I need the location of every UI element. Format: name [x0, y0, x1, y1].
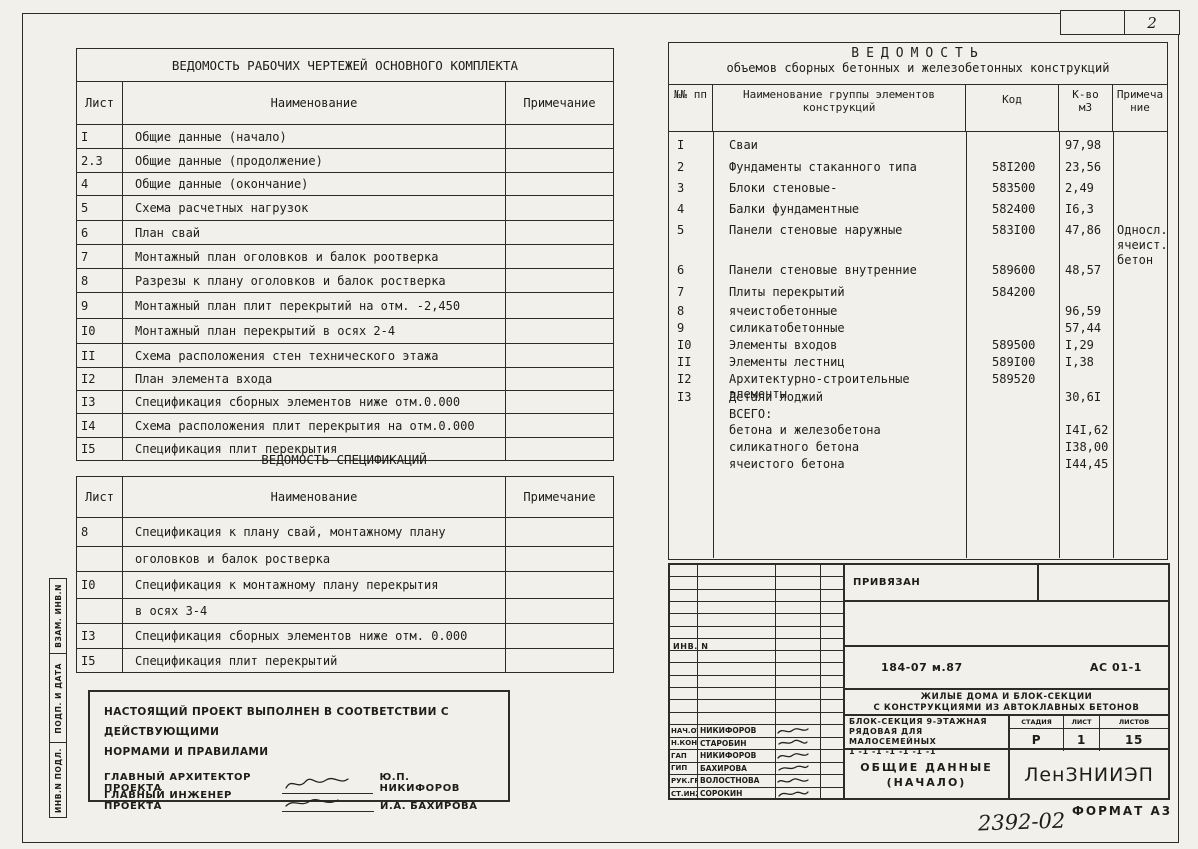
signature-row: Н.КОНТР.СТАРОБИН	[670, 738, 843, 751]
architect-name: Ю.П. НИКИФОРОВ	[379, 772, 494, 794]
element-code: 58I200	[966, 160, 1059, 175]
row-num: 6	[669, 263, 713, 278]
element-code: 589I00	[966, 355, 1059, 370]
table-row: 9Монтажный план плит перекрытий на отм. …	[77, 292, 613, 318]
spec-name: Спецификация к монтажному плану перекрыт…	[123, 572, 506, 598]
column-divider	[1113, 132, 1114, 558]
element-name: Панели стеновые наружные	[713, 223, 966, 238]
table-row: I3Спецификация сборных элементов ниже от…	[77, 390, 613, 413]
sheet-number: I3	[77, 624, 123, 648]
sheet-number: 6	[77, 221, 123, 244]
sheet-value: 1	[1064, 729, 1100, 751]
doc-code: 184-07 м.87	[845, 661, 963, 674]
sig-name: НИКИФОРОВ	[698, 750, 776, 762]
col-header-name: Наименование группы элементов конструкци…	[713, 85, 966, 131]
sig-role: ГАП	[670, 750, 698, 762]
signature-icon	[776, 788, 821, 801]
engineer-name: И.А. БАХИРОВА	[380, 801, 478, 812]
sheet-title-row: ОБЩИЕ ДАННЫЕ (НАЧАЛО) ЛенЗНИИЭП	[845, 750, 1168, 800]
col-header-name: Наименование	[123, 477, 506, 517]
sheet-number: I0	[77, 572, 123, 598]
engineer-signature-underline	[282, 795, 374, 812]
table-row: 5Панели стеновые наружные583I0047,86Одно…	[669, 223, 1167, 263]
note-cell	[506, 547, 613, 571]
column-divider	[966, 132, 967, 558]
drawings-register-header: Лист Наименование Примечание	[77, 81, 613, 124]
drawing-name: Монтажный план перекрытий в осях 2-4	[123, 319, 506, 343]
title-block-revision-grid: ИНВ. N НАЧ.ОТД.НИКИФОРОВ Н.КОНТР.СТАРОБИ…	[670, 565, 845, 798]
col-header-qty: К-во м3	[1059, 85, 1113, 131]
title-block-main: ПРИВЯЗАН 184-07 м.87 АС 01-1 ЖИЛЫЕ ДОМА …	[845, 565, 1168, 798]
drawing-name: Схема расположения стен технического эта…	[123, 344, 506, 367]
side-strip-label: ПОДП. И ДАТА	[54, 663, 63, 734]
note-cell	[506, 196, 613, 220]
engineer-signature-row: ГЛАВНЫЙ ИНЖЕНЕР ПРОЕКТА И.А. БАХИРОВА	[104, 794, 494, 812]
signature-row: РУК.ГР.ВОЛОСТНОВА	[670, 775, 843, 788]
row-num: I	[669, 138, 713, 153]
page-number: 2	[1147, 14, 1157, 32]
stage-header-sheets: ЛИСТОВ	[1100, 716, 1168, 728]
note-cell	[506, 344, 613, 367]
note-cell	[506, 649, 613, 672]
page-number-box-empty	[1060, 10, 1126, 35]
col-header-code: Код	[966, 85, 1059, 131]
spec-name: Спецификация плит перекрытий	[123, 649, 506, 672]
element-code: 589520	[966, 372, 1059, 387]
sheet-number: 8	[77, 518, 123, 546]
spec-name: оголовков и балок ростверка	[123, 547, 506, 571]
signature-row: ГИПБАХИРОВА	[670, 763, 843, 776]
spec-name: Спецификация сборных элементов ниже отм.…	[123, 624, 506, 648]
col-header-num: №№ пп	[669, 85, 713, 131]
total-qty: I4I,62	[1059, 423, 1113, 438]
table-row: IСваи97,98	[669, 138, 1167, 160]
row-num: I0	[669, 338, 713, 353]
doc-code-row: 184-07 м.87 АС 01-1	[845, 647, 1168, 690]
side-strip: ВЗАМ. ИНВ.N ПОДП. И ДАТА ИНВ.N ПОДЛ.	[49, 578, 67, 818]
col-header-sheet: Лист	[77, 82, 123, 124]
sheet-number	[77, 599, 123, 623]
volumes-register-header: №№ пп Наименование группы элементов конс…	[669, 84, 1167, 132]
row-num: I2	[669, 372, 713, 387]
table-row: ячеистого бетонаI44,45	[669, 457, 1167, 474]
row-num: 9	[669, 321, 713, 336]
drawing-name: Разрезы к плану оголовков и балок ростве…	[123, 269, 506, 292]
sig-role: НАЧ.ОТД.	[670, 725, 698, 737]
drawing-name: Монтажный план оголовков и балок роотвер…	[123, 245, 506, 268]
sheet-number: I2	[77, 368, 123, 390]
object-line2: РЯДОВАЯ ДЛЯ МАЛОСЕМЕЙНЫХ	[849, 727, 1008, 747]
table-row: 4Балки фундаментные582400I6,3	[669, 202, 1167, 223]
empty-band	[845, 602, 1168, 647]
element-name: Элементы лестниц	[713, 355, 966, 370]
row-num: 5	[669, 223, 713, 238]
sheet-title-line2: (НАЧАЛО)	[887, 775, 967, 790]
sig-name: СТАРОБИН	[698, 738, 776, 750]
table-row: силикатного бетонаI38,00	[669, 440, 1167, 457]
note-cell	[506, 319, 613, 343]
table-row: 3Блоки стеновые-5835002,49	[669, 181, 1167, 202]
element-note: Односл. ячеист. бетон	[1113, 223, 1170, 268]
table-row: I3Детали лоджий30,6I	[669, 390, 1167, 407]
element-qty: I,29	[1059, 338, 1113, 353]
signature-row: ГАПНИКИФОРОВ	[670, 750, 843, 763]
element-name: Балки фундаментные	[713, 202, 966, 217]
sheet-title-line1: ОБЩИЕ ДАННЫЕ	[860, 760, 993, 775]
table-row: бетона и железобетонаI4I,62	[669, 423, 1167, 440]
note-cell	[506, 391, 613, 413]
element-qty: 30,6I	[1059, 390, 1113, 405]
title-block-signature-rows: НАЧ.ОТД.НИКИФОРОВ Н.КОНТР.СТАРОБИН ГАПНИ…	[670, 725, 843, 800]
table-row: I4Схема расположения плит перекрытия на …	[77, 413, 613, 437]
drawing-name: План свай	[123, 221, 506, 244]
engineer-role: ГЛАВНЫЙ ИНЖЕНЕР ПРОЕКТА	[104, 790, 276, 812]
table-row: 4Общие данные (окончание)	[77, 172, 613, 195]
volumes-title-line2: объемов сборных бетонных и железобетонны…	[669, 61, 1167, 75]
table-row: 7Монтажный план оголовков и балок роотве…	[77, 244, 613, 268]
compliance-line1: НАСТОЯЩИЙ ПРОЕКТ ВЫПОЛНЕН В СООТВЕТСТВИИ…	[104, 702, 494, 742]
col-header-note: Примечание	[506, 82, 613, 124]
organization-cell: ЛенЗНИИЭП	[1010, 750, 1168, 800]
drawing-name: Спецификация сборных элементов ниже отм.…	[123, 391, 506, 413]
sig-role: СТ.ИНЖ.	[670, 788, 698, 801]
table-row: 7Плиты перекрытий584200	[669, 285, 1167, 304]
sheet-number: I5	[77, 649, 123, 672]
element-name: Элементы входов	[713, 338, 966, 353]
spec-name: в осях 3-4	[123, 599, 506, 623]
row-num: II	[669, 355, 713, 370]
signature-icon	[776, 725, 821, 737]
spec-register-table: Лист Наименование Примечание 8Спецификац…	[76, 476, 614, 673]
table-row: IОбщие данные (начало)	[77, 124, 613, 148]
side-strip-cell: ИНВ.N ПОДЛ.	[49, 742, 67, 818]
table-row: I0Монтажный план перекрытий в осях 2-4	[77, 318, 613, 343]
privyazan-empty-cell	[1039, 565, 1168, 600]
drawing-name: План элемента входа	[123, 368, 506, 390]
sig-role: РУК.ГР.	[670, 775, 698, 787]
note-cell	[506, 245, 613, 268]
compliance-line2: НОРМАМИ И ПРАВИЛАМИ	[104, 742, 494, 762]
element-name: Фундаменты стаканного типа	[713, 160, 966, 175]
element-code: 584200	[966, 285, 1059, 300]
sheet-number: 8	[77, 269, 123, 292]
object-name-cell: БЛОК-СЕКЦИЯ 9-ЭТАЖНАЯ РЯДОВАЯ ДЛЯ МАЛОСЕ…	[845, 716, 1010, 748]
drawing-name: Схема расчетных нагрузок	[123, 196, 506, 220]
table-row: I0Спецификация к монтажному плану перекр…	[77, 571, 613, 598]
table-row: 8ячеистобетонные96,59	[669, 304, 1167, 321]
sig-name: БАХИРОВА	[698, 763, 776, 775]
row-num: 2	[669, 160, 713, 175]
element-name: силикатобетонные	[713, 321, 966, 336]
element-name: Сваи	[713, 138, 966, 153]
compliance-note-box: НАСТОЯЩИЙ ПРОЕКТ ВЫПОЛНЕН В СООТВЕТСТВИИ…	[88, 690, 510, 802]
project-name-row: ЖИЛЫЕ ДОМА И БЛОК-СЕКЦИИ С КОНСТРУКЦИЯМИ…	[845, 690, 1168, 716]
table-row: 8Спецификация к плану свай, монтажному п…	[77, 517, 613, 546]
signature-icon	[776, 750, 821, 762]
object-stage-row: БЛОК-СЕКЦИЯ 9-ЭТАЖНАЯ РЯДОВАЯ ДЛЯ МАЛОСЕ…	[845, 716, 1168, 750]
spec-register-title: ВЕДОМОСТЬ СПЕЦИФИКАЦИЙ	[76, 452, 612, 467]
title-block: ИНВ. N НАЧ.ОТД.НИКИФОРОВ Н.КОНТР.СТАРОБИ…	[668, 563, 1170, 800]
table-row: IIСхема расположения стен технического э…	[77, 343, 613, 367]
row-num: 4	[669, 202, 713, 217]
table-row: I5Спецификация плит перекрытий	[77, 648, 613, 672]
signature-icon	[776, 738, 821, 750]
element-code: 589500	[966, 338, 1059, 353]
row-num: 3	[669, 181, 713, 196]
signature-row: СТ.ИНЖ.СОРОКИН	[670, 788, 843, 801]
signature-icon	[282, 795, 342, 811]
col-header-note: Примечание	[506, 477, 613, 517]
note-cell	[506, 269, 613, 292]
scanned-drawing-sheet: 2 ВЗАМ. ИНВ.N ПОДП. И ДАТА ИНВ.N ПОДЛ. В…	[0, 0, 1198, 849]
element-code: 583500	[966, 181, 1059, 196]
object-line1: БЛОК-СЕКЦИЯ 9-ЭТАЖНАЯ	[849, 717, 1008, 727]
total-qty: I44,45	[1059, 457, 1113, 472]
drawing-name: Общие данные (окончание)	[123, 173, 506, 195]
sig-role: Н.КОНТР.	[670, 738, 698, 750]
organization-name: ЛенЗНИИЭП	[1024, 764, 1154, 786]
sheet-title-cell: ОБЩИЕ ДАННЫЕ (НАЧАЛО)	[845, 750, 1010, 800]
element-code: 582400	[966, 202, 1059, 217]
col-header-name: Наименование	[123, 82, 506, 124]
sheet-number: I3	[77, 391, 123, 413]
note-cell	[506, 293, 613, 318]
sig-role: ГИП	[670, 763, 698, 775]
stage-block: СТАДИЯ ЛИСТ ЛИСТОВ Р 1 15	[1010, 716, 1168, 748]
table-row: 2.3Общие данные (продолжение)	[77, 148, 613, 172]
note-cell	[506, 149, 613, 172]
table-row: в осях 3-4	[77, 598, 613, 623]
column-divider	[713, 132, 714, 558]
stage-header: СТАДИЯ ЛИСТ ЛИСТОВ	[1010, 716, 1168, 729]
element-name: Плиты перекрытий	[713, 285, 966, 300]
note-cell	[506, 572, 613, 598]
stage-values: Р 1 15	[1010, 729, 1168, 751]
col-header-sheet: Лист	[77, 477, 123, 517]
volumes-register-title: ВЕДОМОСТЬ объемов сборных бетонных и жел…	[669, 43, 1167, 84]
stage-header-stage: СТАДИЯ	[1010, 716, 1064, 728]
element-qty: 96,59	[1059, 304, 1113, 319]
sheet-code: АС 01-1	[1090, 661, 1168, 674]
row-num: 7	[669, 285, 713, 300]
project-line1: ЖИЛЫЕ ДОМА И БЛОК-СЕКЦИИ	[845, 690, 1168, 703]
sheet-number: 4	[77, 173, 123, 195]
note-cell	[506, 624, 613, 648]
note-cell	[506, 599, 613, 623]
privyazan-label: ПРИВЯЗАН	[853, 577, 920, 588]
page-number-box: 2	[1124, 10, 1180, 35]
sheet-number: I0	[77, 319, 123, 343]
stage-value: Р	[1010, 729, 1064, 751]
drawing-name: Общие данные (продолжение)	[123, 149, 506, 172]
table-row: 6План свай	[77, 220, 613, 244]
volumes-title-line1: ВЕДОМОСТЬ	[669, 46, 1167, 61]
drawing-name: Общие данные (начало)	[123, 125, 506, 148]
volumes-register-table: ВЕДОМОСТЬ объемов сборных бетонных и жел…	[668, 42, 1168, 560]
sheet-number: 2.3	[77, 149, 123, 172]
privyazan-cell: ПРИВЯЗАН	[845, 565, 1039, 600]
element-name: Детали лоджий	[713, 390, 966, 405]
table-row: IIЭлементы лестниц589I00I,38	[669, 355, 1167, 372]
spec-register-body: 8Спецификация к плану свай, монтажному п…	[77, 517, 613, 672]
table-row: 6Панели стеновые внутренние58960048,57	[669, 263, 1167, 285]
sheet-number: I	[77, 125, 123, 148]
sheet-number	[77, 547, 123, 571]
element-code: 583I00	[966, 223, 1059, 238]
column-divider	[1059, 132, 1060, 558]
element-qty: 2,49	[1059, 181, 1113, 196]
sig-name: СОРОКИН	[698, 788, 776, 801]
total-name: бетона и железобетона	[713, 423, 966, 438]
sheet-number: 7	[77, 245, 123, 268]
side-strip-cell: ВЗАМ. ИНВ.N	[49, 578, 67, 653]
drawings-register-body: IОбщие данные (начало) 2.3Общие данные (…	[77, 124, 613, 460]
sheet-number: 5	[77, 196, 123, 220]
format-label: ФОРМАТ А3	[1072, 804, 1172, 818]
drawings-register-table: ВЕДОМОСТЬ РАБОЧИХ ЧЕРТЕЖЕЙ ОСНОВНОГО КОМ…	[76, 48, 614, 461]
side-strip-label: ВЗАМ. ИНВ.N	[54, 584, 63, 648]
side-strip-label: ИНВ.N ПОДЛ.	[54, 748, 63, 813]
drawing-name: Монтажный план плит перекрытий на отм. -…	[123, 293, 506, 318]
element-name: ячеистобетонные	[713, 304, 966, 319]
sheet-number: II	[77, 344, 123, 367]
note-cell	[506, 414, 613, 437]
table-row: ВСЕГО:	[669, 407, 1167, 423]
privyazan-row: ПРИВЯЗАН	[845, 565, 1168, 602]
drawings-register-title: ВЕДОМОСТЬ РАБОЧИХ ЧЕРТЕЖЕЙ ОСНОВНОГО КОМ…	[77, 49, 613, 81]
table-row: I3Спецификация сборных элементов ниже от…	[77, 623, 613, 648]
table-row: 8Разрезы к плану оголовков и балок роств…	[77, 268, 613, 292]
signature-icon	[776, 763, 821, 775]
total-name: ячеистого бетона	[713, 457, 966, 472]
element-qty: 48,57	[1059, 263, 1113, 278]
table-row: 2Фундаменты стаканного типа58I20023,56	[669, 160, 1167, 181]
note-cell	[506, 368, 613, 390]
drawing-name: Схема расположения плит перекрытия на от…	[123, 414, 506, 437]
element-qty: 47,86	[1059, 223, 1113, 238]
element-name: Блоки стеновые-	[713, 181, 966, 196]
element-qty: 23,56	[1059, 160, 1113, 175]
sig-name: ВОЛОСТНОВА	[698, 775, 776, 787]
col-header-note: Примечание	[1113, 85, 1167, 131]
sheet-number: 9	[77, 293, 123, 318]
element-qty: I6,3	[1059, 202, 1113, 217]
table-row: I2Архитектурно-строительные элементы5895…	[669, 372, 1167, 390]
sheet-number: I4	[77, 414, 123, 437]
architect-signature-underline	[282, 777, 374, 794]
table-row: I0Элементы входов589500I,29	[669, 338, 1167, 355]
signature-row: НАЧ.ОТД.НИКИФОРОВ	[670, 725, 843, 738]
side-strip-cell: ПОДП. И ДАТА	[49, 653, 67, 743]
element-code: 589600	[966, 263, 1059, 278]
note-cell	[506, 173, 613, 195]
note-cell	[506, 125, 613, 148]
signature-icon	[282, 775, 352, 793]
row-num: 8	[669, 304, 713, 319]
element-name: Панели стеновые внутренние	[713, 263, 966, 278]
inv-number-label: ИНВ. N	[673, 642, 709, 651]
total-qty: I38,00	[1059, 440, 1113, 455]
table-row: 5Схема расчетных нагрузок	[77, 195, 613, 220]
signature-icon	[776, 775, 821, 787]
sig-name: НИКИФОРОВ	[698, 725, 776, 737]
total-name: силикатного бетона	[713, 440, 966, 455]
spec-register-header: Лист Наименование Примечание	[77, 477, 613, 517]
volumes-register-body: IСваи97,98 2Фундаменты стаканного типа58…	[669, 132, 1167, 558]
note-cell	[506, 518, 613, 546]
element-qty: 57,44	[1059, 321, 1113, 336]
element-qty: I,38	[1059, 355, 1113, 370]
project-line2: С КОНСТРУКЦИЯМИ ИЗ АВТОКЛАВНЫХ БЕТОНОВ	[845, 703, 1168, 714]
table-row: 9силикатобетонные57,44	[669, 321, 1167, 338]
row-num: I3	[669, 390, 713, 405]
sheets-value: 15	[1100, 729, 1168, 751]
total-label: ВСЕГО:	[713, 407, 966, 422]
table-row: оголовков и балок ростверка	[77, 546, 613, 571]
stage-header-sheet: ЛИСТ	[1064, 716, 1100, 728]
spec-name: Спецификация к плану свай, монтажному пл…	[123, 518, 506, 546]
element-qty: 97,98	[1059, 138, 1113, 153]
stamp-number-handwritten: 2392-02	[978, 808, 1066, 835]
table-row: I2План элемента входа	[77, 367, 613, 390]
note-cell	[506, 221, 613, 244]
